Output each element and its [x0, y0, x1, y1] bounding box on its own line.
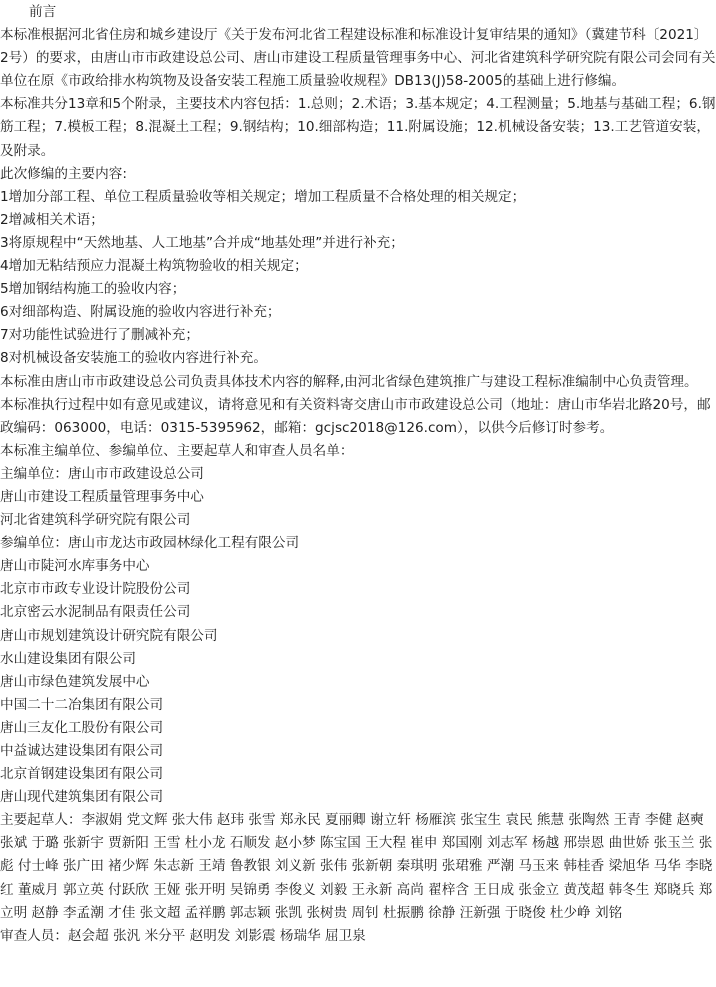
participating-unit: 唐山市龙达市政园林绿化工程有限公司: [68, 535, 299, 551]
document-body: 前言 本标准根据河北省住房和城乡建设厅《关于发布河北省工程建设标准和标准设计复审…: [0, 0, 716, 948]
drafters-label: 主要起草人：: [0, 812, 82, 828]
participating-unit: 北京市市政专业设计院股份公司: [0, 578, 716, 601]
document-title: 前言: [0, 1, 716, 24]
participating-unit: 唐山三友化工股份有限公司: [0, 717, 716, 740]
participating-unit: 唐山市规划建筑设计研究院有限公司: [0, 625, 716, 648]
participating-unit: 中益诚达建设集团有限公司: [0, 740, 716, 763]
reviewers-paragraph: 审查人员：赵会超 张汎 米分平 赵明发 刘影震 杨瑞华 屈卫泉: [0, 925, 716, 948]
participating-unit: 北京首钢建设集团有限公司: [0, 763, 716, 786]
participating-unit: 北京密云水泥制品有限责任公司: [0, 601, 716, 624]
feedback-paragraph: 本标准执行过程中如有意见或建议，请将意见和有关资料寄交唐山市市政建设总公司（地址…: [0, 394, 716, 440]
reviewers-list: 赵会超 张汎 米分平 赵明发 刘影震 杨瑞华 屈卫泉: [68, 928, 366, 944]
participating-unit: 水山建设集团有限公司: [0, 648, 716, 671]
revision-item: 5增加钢结构施工的验收内容；: [0, 278, 716, 301]
participating-unit: 唐山市绿色建筑发展中心: [0, 671, 716, 694]
revision-item: 4增加无粘结预应力混凝土构筑物验收的相关规定；: [0, 255, 716, 278]
chief-unit: 唐山市市政建设总公司: [68, 466, 204, 482]
participating-unit: 中国二十二冶集团有限公司: [0, 694, 716, 717]
roster-heading: 本标准主编单位、参编单位、主要起草人和审查人员名单：: [0, 440, 716, 463]
chief-units-label: 主编单位：: [0, 466, 68, 482]
revision-heading: 此次修编的主要内容:: [0, 163, 716, 186]
participating-unit: 唐山市陡河水库事务中心: [0, 555, 716, 578]
chief-unit: 河北省建筑科学研究院有限公司: [0, 509, 716, 532]
participating-unit: 唐山现代建筑集团有限公司: [0, 786, 716, 809]
interpretation-paragraph: 本标准由唐山市市政建设总公司负责具体技术内容的解释,由河北省绿色建筑推广与建设工…: [0, 371, 716, 394]
drafters-paragraph: 主要起草人：李淑娟 党文辉 张大伟 赵玮 张雪 郑永民 夏丽卿 谢立轩 杨雁滨 …: [0, 809, 716, 924]
revision-item: 8对机械设备安装施工的验收内容进行补充。: [0, 347, 716, 370]
revision-item: 6对细部构造、附属设施的验收内容进行补充；: [0, 301, 716, 324]
revision-item: 2增减相关术语；: [0, 209, 716, 232]
participating-units-label: 参编单位：: [0, 535, 68, 551]
chief-unit-line: 主编单位：唐山市市政建设总公司: [0, 463, 716, 486]
chief-unit: 唐山市建设工程质量管理事务中心: [0, 486, 716, 509]
intro-paragraph: 本标准根据河北省住房和城乡建设厅《关于发布河北省工程建设标准和标准设计复审结果的…: [0, 24, 716, 93]
drafters-list: 李淑娟 党文辉 张大伟 赵玮 张雪 郑永民 夏丽卿 谢立轩 杨雁滨 张宝生 袁民…: [0, 812, 712, 920]
reviewers-label: 审查人员：: [0, 928, 68, 944]
scope-paragraph: 本标准共分13章和5个附录，主要技术内容包括：1.总则；2.术语；3.基本规定；…: [0, 93, 716, 162]
revision-item: 3将原规程中“天然地基、人工地基”合并成“地基处理”并进行补充；: [0, 232, 716, 255]
revision-item: 7对功能性试验进行了删减补充；: [0, 324, 716, 347]
revision-item: 1增加分部工程、单位工程质量验收等相关规定；增加工程质量不合格处理的相关规定；: [0, 186, 716, 209]
participating-unit-line: 参编单位：唐山市龙达市政园林绿化工程有限公司: [0, 532, 716, 555]
